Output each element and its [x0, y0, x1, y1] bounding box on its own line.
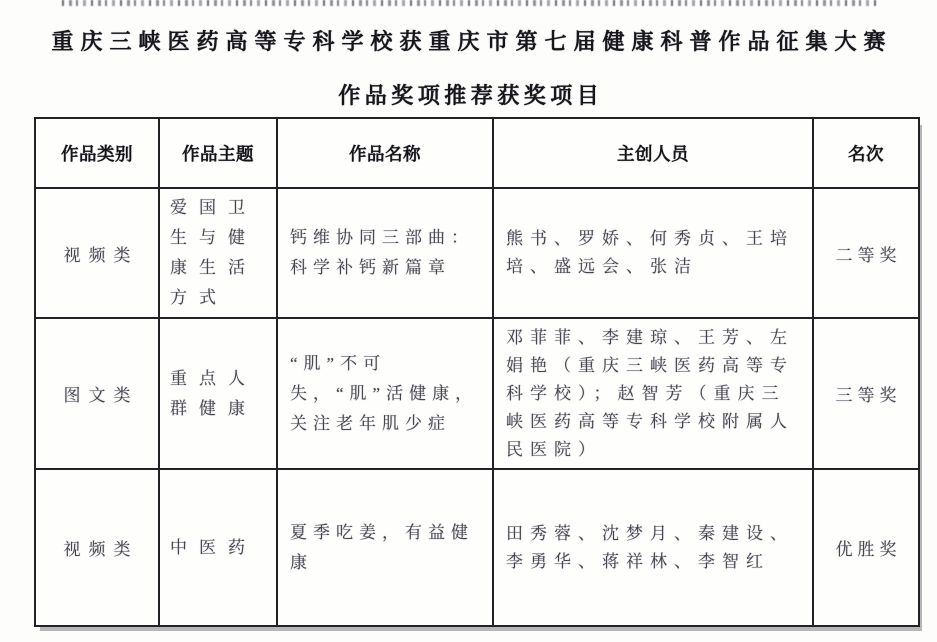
- table-row-2: 图文类 重点人群健康 “肌”不可失，“肌”活健康，关注老年肌少症 邓菲菲、李建琼…: [35, 318, 919, 469]
- row1-theme-cell: 爱国卫生与健康生活方式: [159, 188, 277, 318]
- document-title-line1: 重庆三峡医药高等专科学校获重庆市第七届健康科普作品征集大赛: [0, 25, 937, 56]
- table-header: 作品类别 作品主题 作品名称 主创人员 名次: [35, 118, 919, 188]
- row3-category-cell: 视频类: [35, 469, 159, 626]
- row3-work-name-cell: 夏季吃姜，有益健康: [277, 469, 493, 626]
- header-cell-category: 作品类别: [35, 118, 159, 188]
- header-cell-theme: 作品主题: [159, 118, 277, 188]
- row2-theme-cell: 重点人群健康: [159, 318, 277, 469]
- header-row: 作品类别 作品主题 作品名称 主创人员 名次: [35, 118, 919, 188]
- row2-rank-cell: 三等奖: [813, 318, 919, 469]
- row2-creators-cell: 邓菲菲、李建琼、王芳、左娟艳（重庆三峡医药高等专科学校）；赵智芳（重庆三峡医药高…: [493, 318, 813, 469]
- row1-creators-cell: 熊书、罗娇、何秀贞、王培培、盛远会、张洁: [493, 188, 813, 318]
- table-row-1: 视频类 爱国卫生与健康生活方式 钙维协同三部曲：科学补钙新篇章 熊书、罗娇、何秀…: [35, 188, 919, 318]
- document-page: 重庆三峡医药高等专科学校获重庆市第七届健康科普作品征集大赛 作品奖项推荐获奖项目…: [0, 0, 937, 642]
- row1-rank-cell: 二等奖: [813, 188, 919, 318]
- clipped-top-text-fragment: [62, 0, 880, 6]
- header-cell-work-name: 作品名称: [277, 118, 493, 188]
- table-body: 视频类 爱国卫生与健康生活方式 钙维协同三部曲：科学补钙新篇章 熊书、罗娇、何秀…: [35, 188, 919, 626]
- row1-category-cell: 视频类: [35, 188, 159, 318]
- row3-rank-cell: 优胜奖: [813, 469, 919, 626]
- row2-category-cell: 图文类: [35, 318, 159, 469]
- table-row-3: 视频类 中医药 夏季吃姜，有益健康 田秀蓉、沈梦月、秦建设、李勇华、蒋祥林、李智…: [35, 469, 919, 626]
- document-title-line2: 作品奖项推荐获奖项目: [0, 79, 937, 110]
- header-cell-creators: 主创人员: [493, 118, 813, 188]
- row2-work-name-cell: “肌”不可失，“肌”活健康，关注老年肌少症: [277, 318, 493, 469]
- header-cell-rank: 名次: [813, 118, 919, 188]
- row1-work-name-cell: 钙维协同三部曲：科学补钙新篇章: [277, 188, 493, 318]
- row3-theme-cell: 中医药: [159, 469, 277, 626]
- awards-table: 作品类别 作品主题 作品名称 主创人员 名次 视频类 爱国卫生与健康生活方式 钙…: [34, 117, 920, 627]
- row3-creators-cell: 田秀蓉、沈梦月、秦建设、李勇华、蒋祥林、李智红: [493, 469, 813, 626]
